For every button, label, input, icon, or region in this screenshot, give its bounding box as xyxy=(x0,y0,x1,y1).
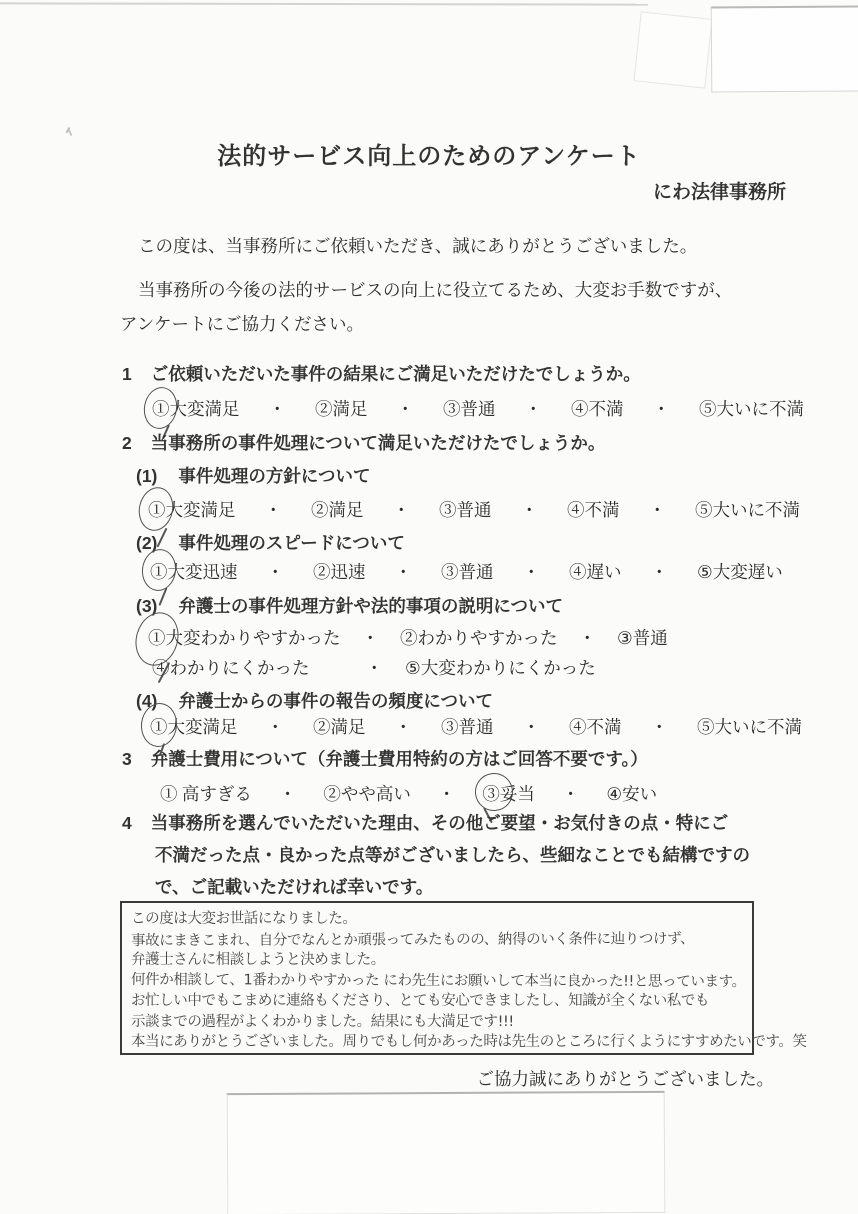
question-2-1-heading: (1)事件処理の方針について xyxy=(136,463,371,488)
scanned-survey-page: 法的サービス向上のためのアンケート にわ法律事務所 この度は、当事務所にご依頼い… xyxy=(0,0,858,1214)
question-1-text: ご依頼いただいた事件の結果にご満足いただけたでしょうか。 xyxy=(151,364,641,384)
option-separator: ・ xyxy=(393,500,411,520)
question-4-heading-line-1: 4当事務所を選んでいただいた理由、その他ご要望・お気付きの点・特にご xyxy=(122,810,728,835)
question-4-text: 当事務所を選んでいただいた理由、その他ご要望・お気付きの点・特にご xyxy=(151,813,729,833)
question-1-heading: 1ご依頼いただいた事件の結果にご満足いただけたでしょうか。 xyxy=(122,361,641,386)
option-separator: ・ xyxy=(521,500,539,520)
option-label: ④安い xyxy=(606,784,657,804)
option-label: ①大変満足 xyxy=(150,717,238,737)
handwritten-line-4: 何件か相談して、1番わかりやすかった にわ先生にお願いして本当に良かった!!と思… xyxy=(131,969,744,992)
option-label: ⑤大変わかりにくかった xyxy=(405,658,596,678)
option-separator: ・ xyxy=(267,717,285,737)
option-label: ④わかりにくかった xyxy=(152,658,310,678)
option-label: ①大変わかりやすかった xyxy=(148,628,341,648)
sub-question-title: 弁護士の事件処理方針や法的事項の説明について xyxy=(178,596,563,616)
sub-question-label: (2) xyxy=(136,533,157,554)
option-label: ④遅い xyxy=(569,562,622,582)
page-title: 法的サービス向上のためのアンケート xyxy=(0,136,858,171)
intro-line-3: アンケートにご協力ください。 xyxy=(120,311,364,336)
question-2-number: 2 xyxy=(122,433,132,454)
option-label: ① 高すぎる xyxy=(160,784,252,804)
comment-box: この度は大変お世話になりました。 事故にまきこまれ、自分でなんとか頑張ってみたも… xyxy=(120,901,754,1055)
sub-question-label: (3) xyxy=(136,596,157,617)
option-separator: ・ xyxy=(279,784,297,804)
sub-question-title: 弁護士からの事件の報告の頻度について xyxy=(178,691,493,711)
question-1-number: 1 xyxy=(122,364,132,385)
question-2-3-heading: (3)弁護士の事件処理方針や法的事項の説明について xyxy=(136,593,563,618)
question-2-4-heading: (4)弁護士からの事件の報告の頻度について xyxy=(136,688,493,713)
scan-artifact-bottom-rect xyxy=(227,1091,666,1214)
question-1-options: ①大変満足・②満足・③普通・④不満・⑤大いに不満 xyxy=(152,396,804,421)
sub-question-label: (4) xyxy=(136,691,157,712)
option-label: ②満足 xyxy=(313,717,366,737)
option-separator: ・ xyxy=(525,399,543,419)
question-4-heading-line-2: 不満だった点・良かった点等がございましたら、些細なことでも結構ですの xyxy=(155,842,750,867)
sub-question-title: 事件処理の方針について xyxy=(178,466,370,486)
option-label: ⑤大いに不満 xyxy=(695,500,800,520)
option-separator: ・ xyxy=(523,562,541,582)
option-separator: ・ xyxy=(562,784,580,804)
question-2-1-selected-option: ①大変満足 xyxy=(148,497,236,522)
option-separator: ・ xyxy=(397,399,415,419)
option-separator: ・ xyxy=(362,628,380,648)
option-separator: ・ xyxy=(523,717,541,737)
handwritten-line-3: 弁護士さんに相談しようと決めました。 xyxy=(131,950,744,971)
option-separator: ・ xyxy=(395,717,413,737)
sub-question-title: 事件処理のスピードについて xyxy=(178,533,404,553)
question-3-options: ① 高すぎる・②やや高い・③妥当・④安い xyxy=(160,781,657,806)
option-label: ④不満 xyxy=(569,717,622,737)
question-4-heading-line-3: で、ご記載いただければ幸いです。 xyxy=(155,874,433,899)
option-separator: ・ xyxy=(395,562,413,582)
question-3-selected-option: ③妥当 xyxy=(482,781,535,806)
option-label: ④不満 xyxy=(567,500,620,520)
handwritten-line-7: 本当にありがとうございました。周りでもし何かあった時は先生のところに行くようにす… xyxy=(131,1032,744,1053)
question-4-number: 4 xyxy=(122,813,132,834)
question-3-text: 弁護士費用について（弁護士費用特約の方はご回答不要です。） xyxy=(151,749,648,769)
option-separator: ・ xyxy=(579,628,597,648)
question-2-1-options: ①大変満足・②満足・③普通・④不満・⑤大いに不満 xyxy=(148,497,800,522)
question-2-3-options-row-2: ④わかりにくかった・⑤大変わかりにくかった xyxy=(152,655,596,680)
option-label: ③普通 xyxy=(439,500,492,520)
option-separator: ・ xyxy=(265,500,283,520)
question-2-2-options: ①大変迅速・②迅速・③普通・④遅い・⑤大変遅い xyxy=(150,559,783,584)
option-label: ②わかりやすかった xyxy=(400,628,558,648)
option-separator: ・ xyxy=(438,784,456,804)
question-1-selected-option: ①大変満足 xyxy=(152,396,240,421)
question-2-4-options: ①大変満足・②満足・③普通・④不満・⑤大いに不満 xyxy=(150,714,802,739)
option-separator: ・ xyxy=(267,562,285,582)
question-2-heading: 2当事務所の事件処理について満足いただけたでしょうか。 xyxy=(122,430,605,455)
option-separator: ・ xyxy=(651,562,669,582)
option-label: ②満足 xyxy=(315,399,368,419)
option-separator: ・ xyxy=(653,399,671,419)
sub-question-label: (1) xyxy=(136,466,157,487)
scan-artifact-top-line xyxy=(0,2,648,5)
option-label: ③妥当 xyxy=(482,784,535,804)
question-2-text: 当事務所の事件処理について満足いただけたでしょうか。 xyxy=(151,433,606,453)
option-label: ②満足 xyxy=(311,500,364,520)
option-label: ⑤大いに不満 xyxy=(697,717,802,737)
option-label: ③普通 xyxy=(617,628,668,648)
handwritten-line-6: 示談までの過程がよくわかりました。結果にも大満足です!!! xyxy=(131,1012,744,1033)
question-3-number: 3 xyxy=(122,749,132,770)
option-label: ③普通 xyxy=(441,717,494,737)
option-label: ③普通 xyxy=(441,562,494,582)
option-label: ①大変満足 xyxy=(152,399,240,419)
law-office-name: にわ法律事務所 xyxy=(653,177,786,204)
option-label: ②迅速 xyxy=(313,562,366,582)
option-separator: ・ xyxy=(366,658,384,678)
handwritten-line-5: お忙しい中でもこまめに連絡もくださり、とても安心できましたし、知識が全くない私で… xyxy=(131,991,744,1012)
option-label: ①大変迅速 xyxy=(150,562,238,582)
question-2-2-selected-option: ①大変迅速 xyxy=(150,559,238,584)
question-2-2-heading: (2)事件処理のスピードについて xyxy=(136,530,405,555)
option-label: ②やや高い xyxy=(323,784,411,804)
option-label: ④不満 xyxy=(571,399,624,419)
closing-thanks-text: ご協力誠にありがとうございました。 xyxy=(477,1066,775,1091)
option-separator: ・ xyxy=(649,500,667,520)
option-separator: ・ xyxy=(651,717,669,737)
option-separator: ・ xyxy=(269,399,287,419)
option-label: ①大変満足 xyxy=(148,500,236,520)
option-label: ⑤大変遅い xyxy=(697,562,783,582)
handwritten-line-2: 事故にまきこまれ、自分でなんとか頑張ってみたものの、納得のいく条件に辿りつけず、 xyxy=(131,928,744,951)
intro-line-1: この度は、当事務所にご依頼いただき、誠にありがとうございました。 xyxy=(138,233,697,258)
scan-artifact-top-right-faint-rect xyxy=(634,11,713,88)
question-2-3-selected-option: ①大変わかりやすかった xyxy=(148,625,341,650)
question-2-3-options-row-1: ①大変わかりやすかった・②わかりやすかった・③普通 xyxy=(148,625,668,650)
handwritten-line-1: この度は大変お世話になりました。 xyxy=(131,909,744,930)
question-3-heading: 3弁護士費用について（弁護士費用特約の方はご回答不要です。） xyxy=(122,746,648,771)
option-label: ⑤大いに不満 xyxy=(699,399,804,419)
intro-line-2: 当事務所の今後の法的サービスの向上に役立てるため、大変お手数ですが、 xyxy=(138,277,732,302)
scan-artifact-top-right-rect xyxy=(711,5,858,92)
question-2-4-selected-option: ①大変満足 xyxy=(150,714,238,739)
option-label: ③普通 xyxy=(443,399,496,419)
